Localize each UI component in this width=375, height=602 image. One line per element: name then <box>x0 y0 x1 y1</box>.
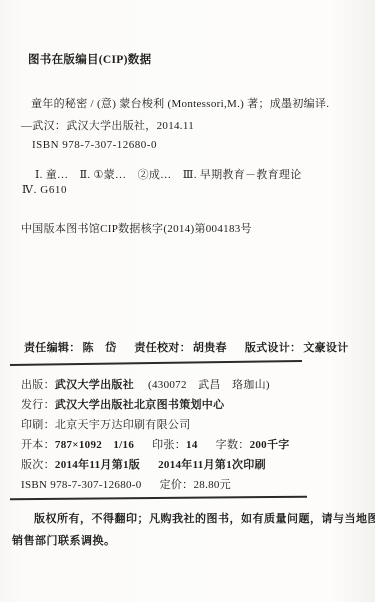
designer-name: 文豪设计 <box>303 342 348 354</box>
printing-value: 2014年11月第1次印刷 <box>158 459 266 471</box>
wordcount-label: 字数： <box>216 439 250 451</box>
cip-entry-publisher-line: —武汉：武汉大学出版社，2014.11 <box>21 117 194 133</box>
printer-row: 印刷：北京天宇万达印刷有限公司 <box>21 416 191 432</box>
designer-label: 版式设计： <box>245 342 302 354</box>
edition-label: 版次： <box>21 459 55 471</box>
cip-entry-isbn: ISBN 978-7-307-12680-0 <box>32 139 157 151</box>
cip-classification-line: Ⅰ. 童… Ⅱ. ①蒙… ②成… Ⅲ. 早期教育－教育理论 <box>35 166 302 182</box>
edition-row: 版次：2014年11月第1版2014年11月第1次印刷 <box>21 456 266 472</box>
distributor-row: 发行：武汉大学出版社北京图书策划中心 <box>21 396 224 412</box>
editor-label: 责任编辑： <box>24 342 81 354</box>
proofreader-name: 胡贵春 <box>193 342 227 354</box>
wordcount-value: 200千字 <box>250 439 290 451</box>
printer-name: 北京天宇万达印刷有限公司 <box>55 419 191 431</box>
cip-record-number: 中国版本图书馆CIP数据核字(2014)第004183号 <box>21 220 252 236</box>
divider-bottom <box>10 496 307 501</box>
sheets-label: 印张： <box>152 439 186 451</box>
cip-classification-code: Ⅳ. G610 <box>22 183 67 196</box>
price-value: 28.80元 <box>193 479 231 491</box>
format-row: 开本：787×1092 1/16印张：14字数：200千字 <box>21 436 290 452</box>
price-label: 定价： <box>160 479 194 491</box>
copyright-notice-line2: 销售部门联系调换。 <box>12 530 352 552</box>
isbn-price-row: ISBN 978-7-307-12680-0定价：28.80元 <box>21 476 231 492</box>
cip-header: 图书在版编目(CIP)数据 <box>28 51 151 67</box>
sheets-value: 14 <box>186 439 198 451</box>
publisher-address: (430072 武昌 珞珈山) <box>148 379 270 391</box>
distributor-label: 发行： <box>21 399 55 411</box>
publisher-label: 出版： <box>21 379 55 391</box>
isbn-value: ISBN 978-7-307-12680-0 <box>21 479 142 491</box>
proofreader-label: 责任校对： <box>134 342 191 354</box>
copyright-page: 图书在版编目(CIP)数据 童年的秘密 / (意) 蒙台梭利 (Montesso… <box>0 0 375 602</box>
format-value: 787×1092 1/16 <box>55 439 134 451</box>
cip-entry-title-line: 童年的秘密 / (意) 蒙台梭利 (Montessori,M.) 著；成墨初编译… <box>31 95 329 111</box>
format-label: 开本： <box>21 439 55 451</box>
divider-top <box>10 360 302 366</box>
edition-value: 2014年11月第1版 <box>55 459 140 471</box>
publisher-row: 出版：武汉大学出版社(430072 武昌 珞珈山) <box>21 376 270 392</box>
copyright-notice: 版权所有，不得翻印；凡购我社的图书，如有质量问题，请与当地图书 销售部门联系调换… <box>12 508 352 552</box>
publisher-name: 武汉大学出版社 <box>55 379 134 391</box>
credits-row: 责任编辑：陈 岱责任校对：胡贵春版式设计：文豪设计 <box>24 339 349 355</box>
copyright-notice-line1: 版权所有，不得翻印；凡购我社的图书，如有质量问题，请与当地图书 <box>12 508 352 530</box>
printer-label: 印刷： <box>21 419 55 431</box>
editor-name: 陈 岱 <box>83 342 117 354</box>
distributor-name: 武汉大学出版社北京图书策划中心 <box>55 399 225 411</box>
